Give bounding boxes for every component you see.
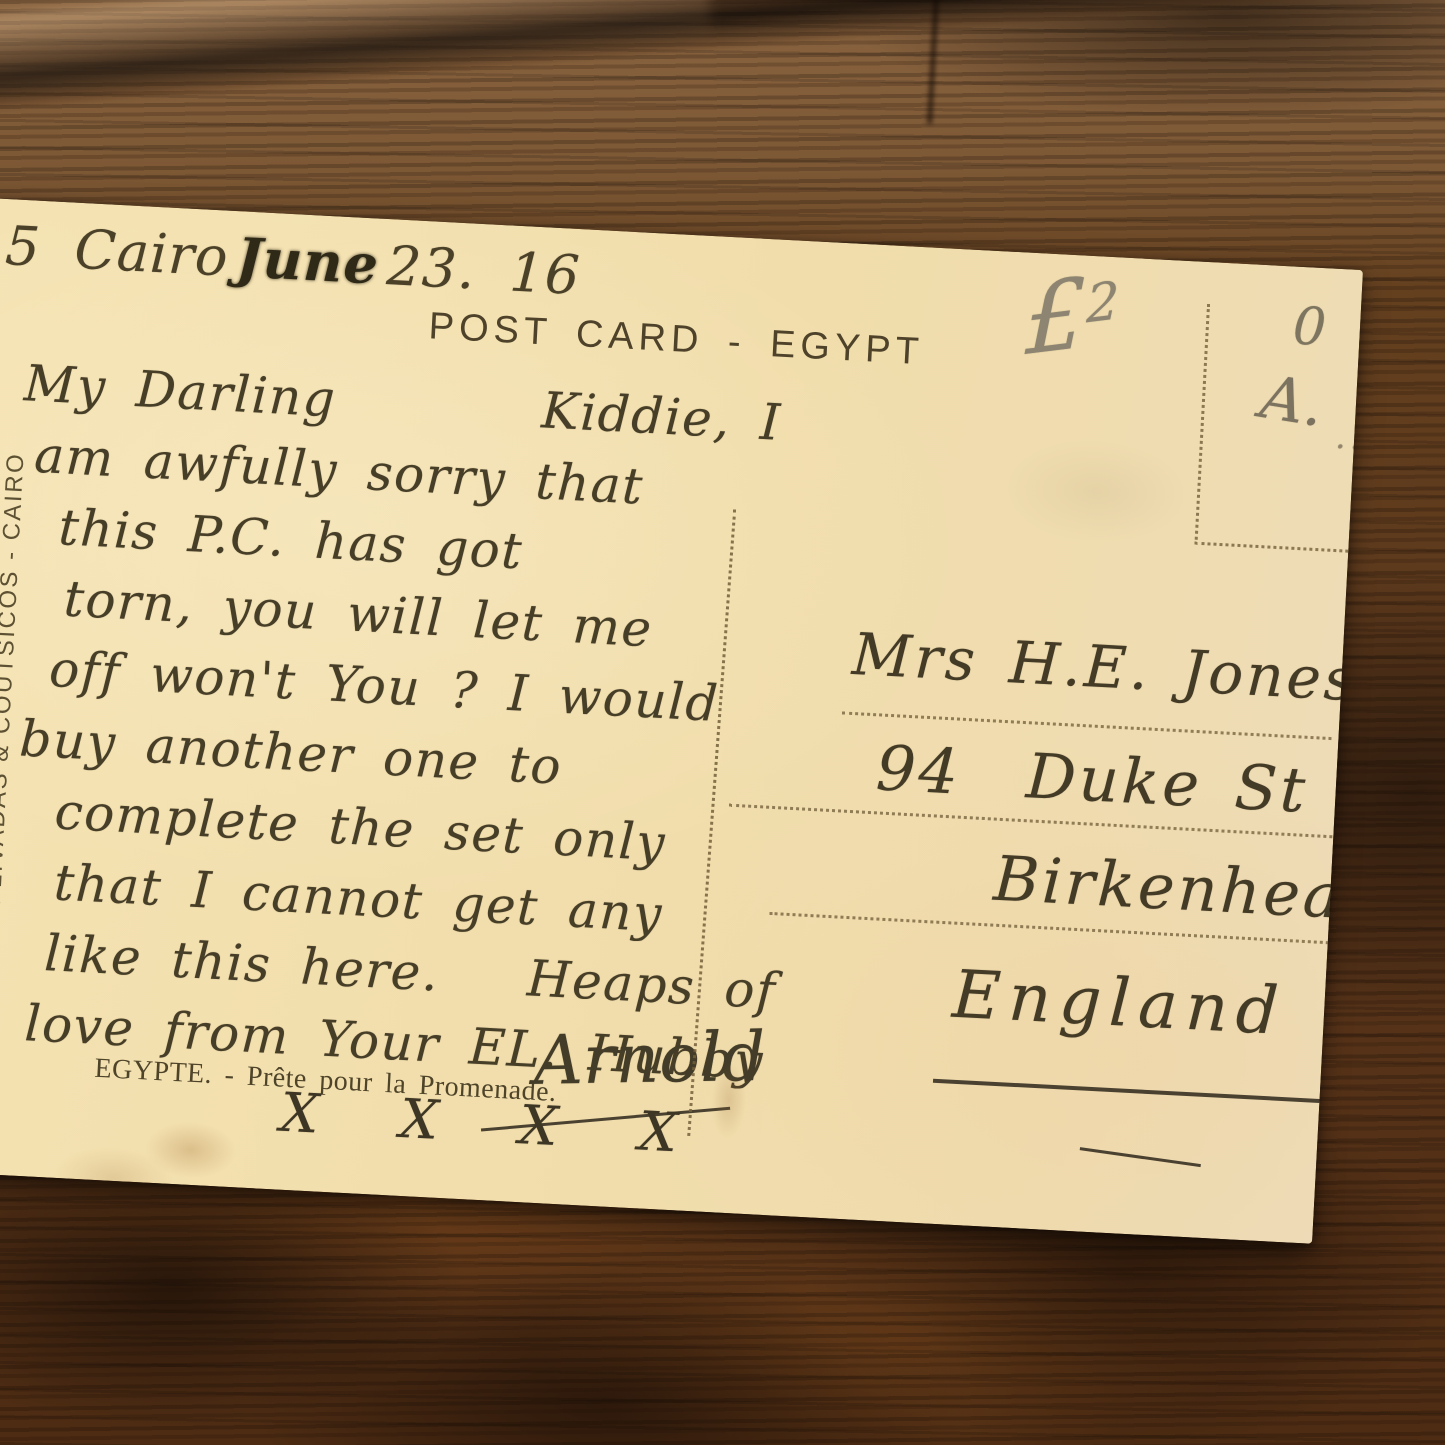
pencil-pound-symbol: £ xyxy=(1025,265,1087,369)
dateline-place: Cairo xyxy=(73,218,230,289)
printed-postcard-title: POST CARD - EGYPT xyxy=(428,305,925,374)
pencil-faint-dots: .. xyxy=(1334,417,1363,458)
signature: Arnold xyxy=(533,1018,766,1101)
dateline-month: June xyxy=(235,225,381,296)
address-street: 94 Duke St xyxy=(874,731,1310,827)
pencil-price-mark: £ 2 xyxy=(1025,261,1120,369)
dateline-number: 5 xyxy=(4,214,43,279)
address-country: England xyxy=(933,949,1363,1105)
photo-of-postcard-on-table: 5CairoJune23. 16 POST CARD - EGYPT My Da… xyxy=(0,0,1445,1445)
address-town: Birkenhead xyxy=(992,842,1363,935)
postcard: 5CairoJune23. 16 POST CARD - EGYPT My Da… xyxy=(0,195,1363,1244)
pencil-price-number: 2 xyxy=(1086,271,1120,336)
pencil-zero-mark: 0 xyxy=(1291,297,1327,359)
pencil-initial-mark: A. xyxy=(1256,362,1329,441)
dateline-day: 23. 16 xyxy=(385,234,582,307)
address-end-dash xyxy=(1080,1147,1201,1167)
handwritten-message: My Darling Kiddie, I am awfully sorry th… xyxy=(0,348,811,1098)
address-recipient-name: Mrs H.E. Jones. xyxy=(850,620,1363,715)
handwritten-dateline: 5CairoJune23. 16 xyxy=(4,213,582,307)
